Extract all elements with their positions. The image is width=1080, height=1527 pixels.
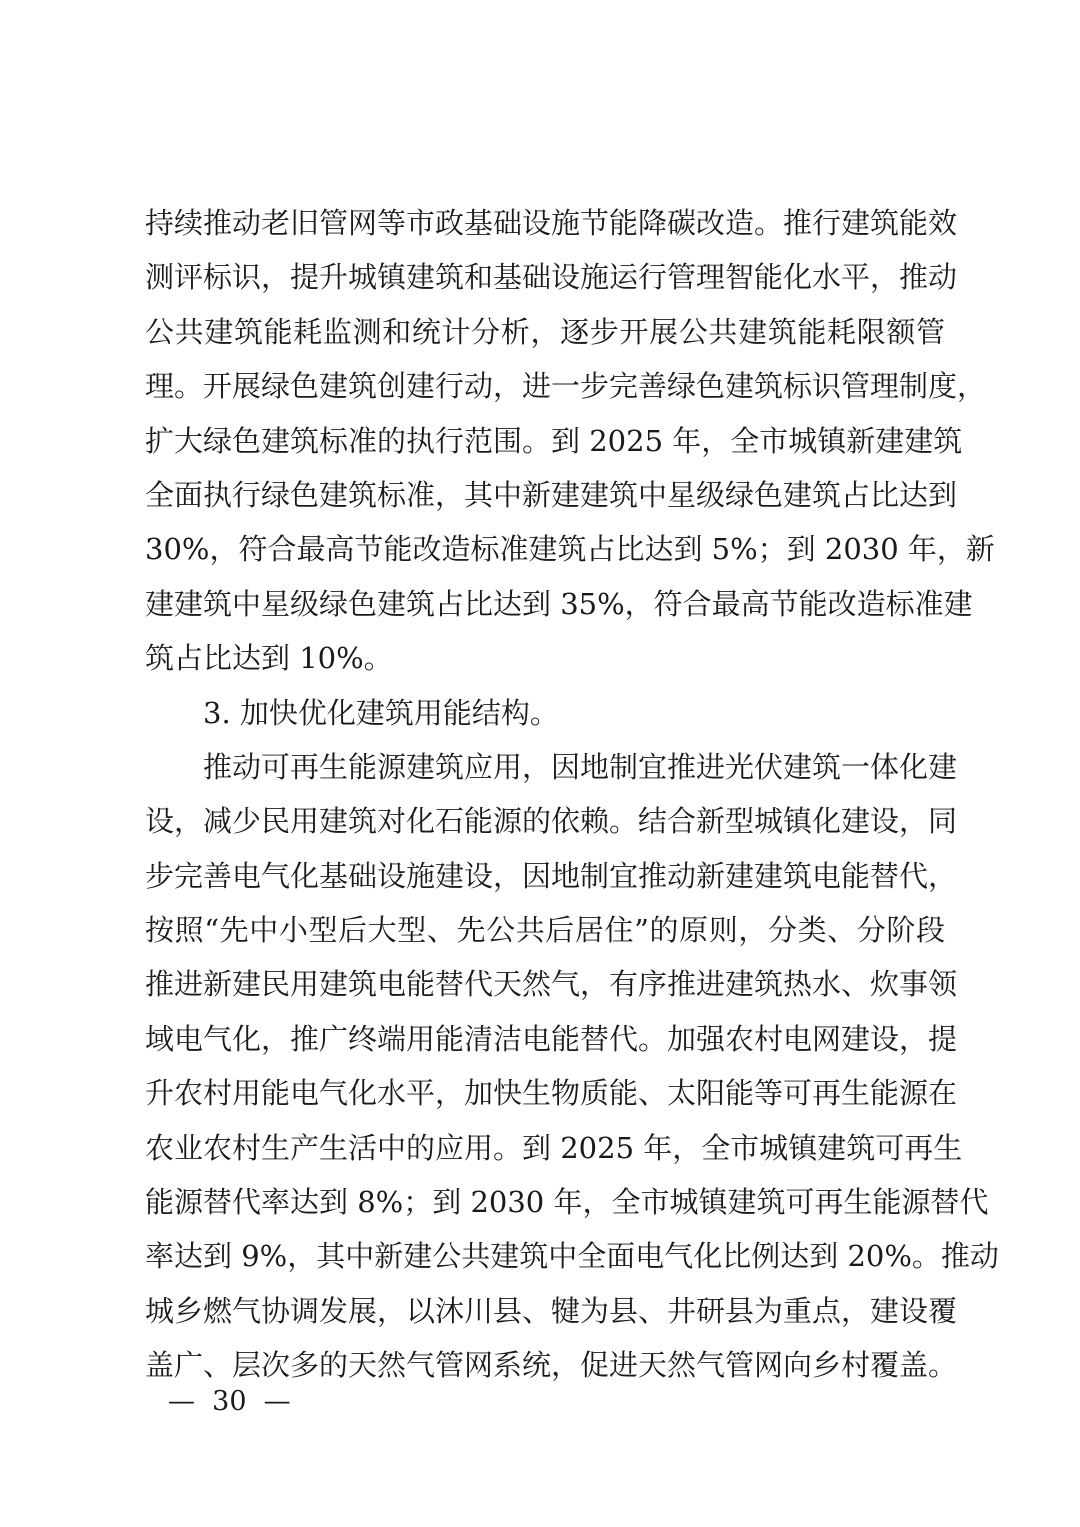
page-number: — 30 — <box>168 1384 291 1420</box>
body-text: 持续推动老旧管网等市政基础设施节能降碳改造。推行建筑能效 测评标识，提升城镇建筑… <box>145 200 945 1397</box>
paragraph-line: 升农村用能电气化水平，加快生物质能、太阳能等可再生能源在 <box>145 1070 945 1124</box>
paragraph-line: 持续推动老旧管网等市政基础设施节能降碳改造。推行建筑能效 <box>145 200 945 254</box>
paragraph-line: 扩大绿色建筑标准的执行范围。到 2025 年，全市城镇新建建筑 <box>145 418 945 472</box>
paragraph-line: 测评标识，提升城镇建筑和基础设施运行管理智能化水平，推动 <box>145 254 945 308</box>
paragraph-line: 按照“先中小型后大型、先公共后居住”的原则，分类、分阶段 <box>145 907 945 961</box>
paragraph-line: 设，减少民用建筑对化石能源的依赖。结合新型城镇化建设，同 <box>145 798 945 852</box>
paragraph-line: 城乡燃气协调发展，以沐川县、犍为县、井研县为重点，建设覆 <box>145 1288 945 1342</box>
section-heading: 3. 加快优化建筑用能结构。 <box>145 690 945 744</box>
paragraph-line: 率达到 9%，其中新建公共建筑中全面电气化比例达到 20%。推动 <box>145 1233 945 1287</box>
document-page: 持续推动老旧管网等市政基础设施节能降碳改造。推行建筑能效 测评标识，提升城镇建筑… <box>0 0 1080 1527</box>
paragraph-line: 域电气化，推广终端用能清洁电能替代。加强农村电网建设，提 <box>145 1016 945 1070</box>
paragraph-line: 步完善电气化基础设施建设，因地制宜推动新建建筑电能替代， <box>145 853 945 907</box>
paragraph-line: 推动可再生能源建筑应用，因地制宜推进光伏建筑一体化建 <box>145 744 945 798</box>
paragraph-line: 推进新建民用建筑电能替代天然气，有序推进建筑热水、炊事领 <box>145 961 945 1015</box>
paragraph-line: 理。开展绿色建筑创建行动，进一步完善绿色建筑标识管理制度， <box>145 363 945 417</box>
paragraph-line: 公共建筑能耗监测和统计分析，逐步开展公共建筑能耗限额管 <box>145 309 945 363</box>
paragraph-line: 能源替代率达到 8%；到 2030 年，全市城镇建筑可再生能源替代 <box>145 1179 945 1233</box>
paragraph-line: 农业农村生产生活中的应用。到 2025 年，全市城镇建筑可再生 <box>145 1125 945 1179</box>
paragraph-line: 筑占比达到 10%。 <box>145 635 945 689</box>
paragraph-line: 全面执行绿色建筑标准，其中新建建筑中星级绿色建筑占比达到 <box>145 472 945 526</box>
paragraph-line: 30%，符合最高节能改造标准建筑占比达到 5%；到 2030 年，新 <box>145 526 945 580</box>
paragraph-line: 建建筑中星级绿色建筑占比达到 35%，符合最高节能改造标准建 <box>145 581 945 635</box>
